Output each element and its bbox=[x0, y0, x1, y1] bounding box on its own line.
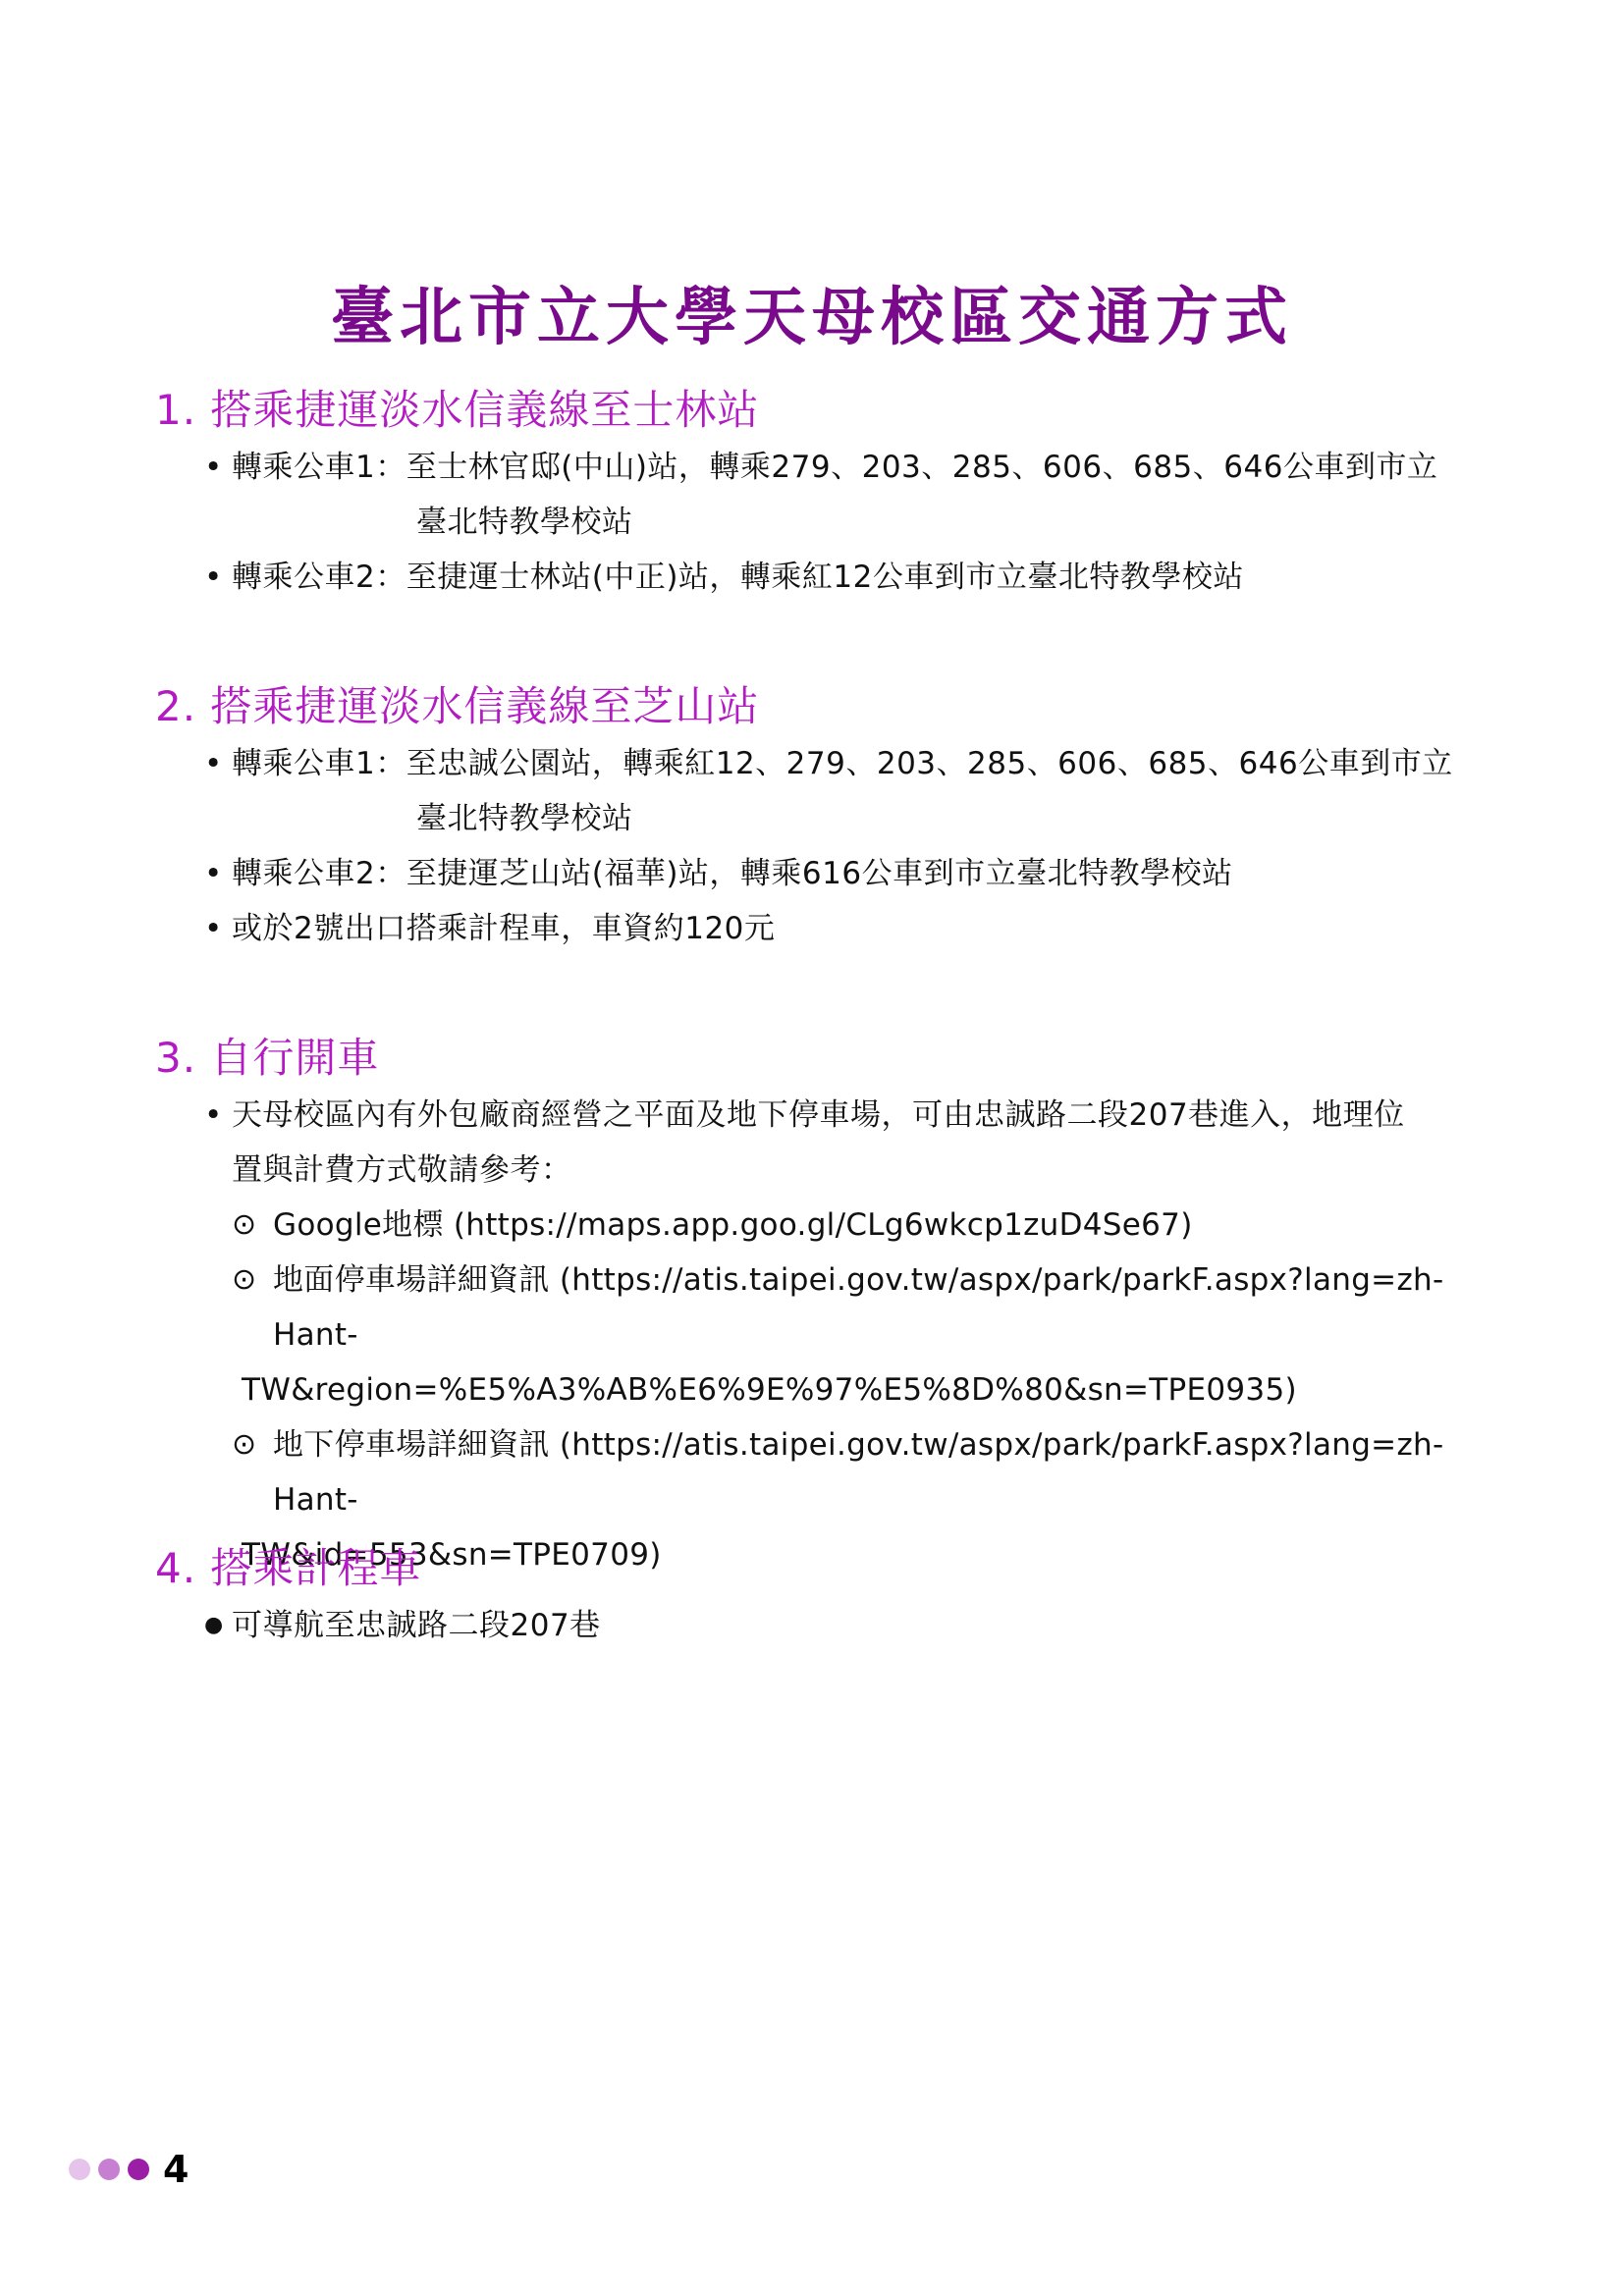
item-list: • 天母校區內有外包廠商經營之平面及地下停車場，可由忠誠路二段207巷進入，地理… bbox=[155, 1088, 1490, 1198]
bullet-icon: • bbox=[204, 846, 223, 901]
section-taxi: 4. 搭乘計程車 ● 可導航至忠誠路二段207巷 bbox=[155, 1539, 1490, 1653]
link-list: ⊙ Google地標 (https://maps.app.goo.gl/CLg6… bbox=[155, 1198, 1490, 1582]
link-item-google-maps[interactable]: ⊙ Google地標 (https://maps.app.goo.gl/CLg6… bbox=[155, 1198, 1490, 1253]
list-item: • 轉乘公車2：至捷運士林站(中正)站，轉乘紅12公車到市立臺北特教學校站 bbox=[155, 550, 1490, 605]
page-title: 臺北市立大學天母校區交通方式 bbox=[0, 274, 1624, 362]
section-heading: 1. 搭乘捷運淡水信義線至士林站 bbox=[155, 381, 1490, 440]
link-url-continuation[interactable]: TW&region=%E5%A3%AB%E6%9E%97%E5%8D%80&sn… bbox=[242, 1362, 1490, 1417]
section-driving: 3. 自行開車 • 天母校區內有外包廠商經營之平面及地下停車場，可由忠誠路二段2… bbox=[155, 1029, 1490, 1582]
link-label: 地面停車場詳細資訊 bbox=[273, 1262, 550, 1298]
item-text: 至捷運士林站(中正)站，轉乘紅12公車到市立臺北特教學校站 bbox=[406, 560, 1244, 595]
link-url[interactable]: (https://maps.app.goo.gl/CLg6wkcp1zuD4Se… bbox=[454, 1207, 1193, 1243]
list-item: • 天母校區內有外包廠商經營之平面及地下停車場，可由忠誠路二段207巷進入，地理… bbox=[155, 1088, 1490, 1198]
list-item: • 轉乘公車1：至忠誠公園站，轉乘紅12、279、203、285、606、685… bbox=[155, 736, 1490, 846]
item-label: 轉乘公車2： bbox=[232, 560, 406, 595]
page-number: 4 bbox=[163, 2150, 189, 2189]
decorative-dot-icon bbox=[128, 2159, 149, 2180]
item-text: 天母校區內有外包廠商經營之平面及地下停車場，可由忠誠路二段207巷進入，地理位 bbox=[232, 1097, 1405, 1133]
page-footer: 4 bbox=[69, 2150, 189, 2189]
circled-dot-icon: ⊙ bbox=[232, 1417, 256, 1472]
item-text: 至士林官邸(中山)站，轉乘279、203、285、606、685、646公車到市… bbox=[406, 450, 1438, 485]
section-mrt-zhishan: 2. 搭乘捷運淡水信義線至芝山站 • 轉乘公車1：至忠誠公園站，轉乘紅12、27… bbox=[155, 677, 1490, 956]
bullet-icon: • bbox=[204, 440, 223, 495]
bullet-icon: • bbox=[204, 1088, 223, 1143]
item-text: 或於2號出口搭乘計程車，車資約120元 bbox=[232, 911, 775, 946]
section-heading: 2. 搭乘捷運淡水信義線至芝山站 bbox=[155, 677, 1490, 736]
circled-dot-icon: ⊙ bbox=[232, 1253, 256, 1308]
item-list: • 轉乘公車1：至忠誠公園站，轉乘紅12、279、203、285、606、685… bbox=[155, 736, 1490, 956]
item-continuation: 置與計費方式敬請參考： bbox=[232, 1143, 1490, 1198]
item-continuation: 臺北特教學校站 bbox=[232, 791, 1490, 846]
item-label: 轉乘公車2： bbox=[232, 856, 406, 891]
bullet-icon: • bbox=[204, 901, 223, 956]
section-mrt-shilin: 1. 搭乘捷運淡水信義線至士林站 • 轉乘公車1：至士林官邸(中山)站，轉乘27… bbox=[155, 381, 1490, 605]
item-text: 至忠誠公園站，轉乘紅12、279、203、285、606、685、646公車到市… bbox=[406, 746, 1453, 781]
link-label: Google地標 bbox=[273, 1207, 444, 1243]
link-item-surface-parking[interactable]: ⊙ 地面停車場詳細資訊 (https://atis.taipei.gov.tw/… bbox=[155, 1253, 1490, 1417]
item-list: ● 可導航至忠誠路二段207巷 bbox=[155, 1598, 1490, 1653]
item-label: 轉乘公車1： bbox=[232, 450, 406, 485]
section-heading: 4. 搭乘計程車 bbox=[155, 1539, 1490, 1598]
bullet-icon: ● bbox=[204, 1598, 224, 1653]
decorative-dot-icon bbox=[69, 2159, 90, 2180]
bullet-icon: • bbox=[204, 550, 223, 605]
item-label: 轉乘公車1： bbox=[232, 746, 406, 781]
list-item: ● 可導航至忠誠路二段207巷 bbox=[155, 1598, 1490, 1653]
list-item: • 或於2號出口搭乘計程車，車資約120元 bbox=[155, 901, 1490, 956]
item-text: 可導航至忠誠路二段207巷 bbox=[232, 1608, 601, 1643]
decorative-dot-icon bbox=[98, 2159, 120, 2180]
list-item: • 轉乘公車1：至士林官邸(中山)站，轉乘279、203、285、606、685… bbox=[155, 440, 1490, 550]
circled-dot-icon: ⊙ bbox=[232, 1198, 256, 1253]
bullet-icon: • bbox=[204, 736, 223, 791]
list-item: • 轉乘公車2：至捷運芝山站(福華)站，轉乘616公車到市立臺北特教學校站 bbox=[155, 846, 1490, 901]
link-label: 地下停車場詳細資訊 bbox=[273, 1427, 550, 1463]
section-heading: 3. 自行開車 bbox=[155, 1029, 1490, 1088]
item-list: • 轉乘公車1：至士林官邸(中山)站，轉乘279、203、285、606、685… bbox=[155, 440, 1490, 605]
item-text: 至捷運芝山站(福華)站，轉乘616公車到市立臺北特教學校站 bbox=[406, 856, 1233, 891]
item-continuation: 臺北特教學校站 bbox=[232, 495, 1490, 550]
